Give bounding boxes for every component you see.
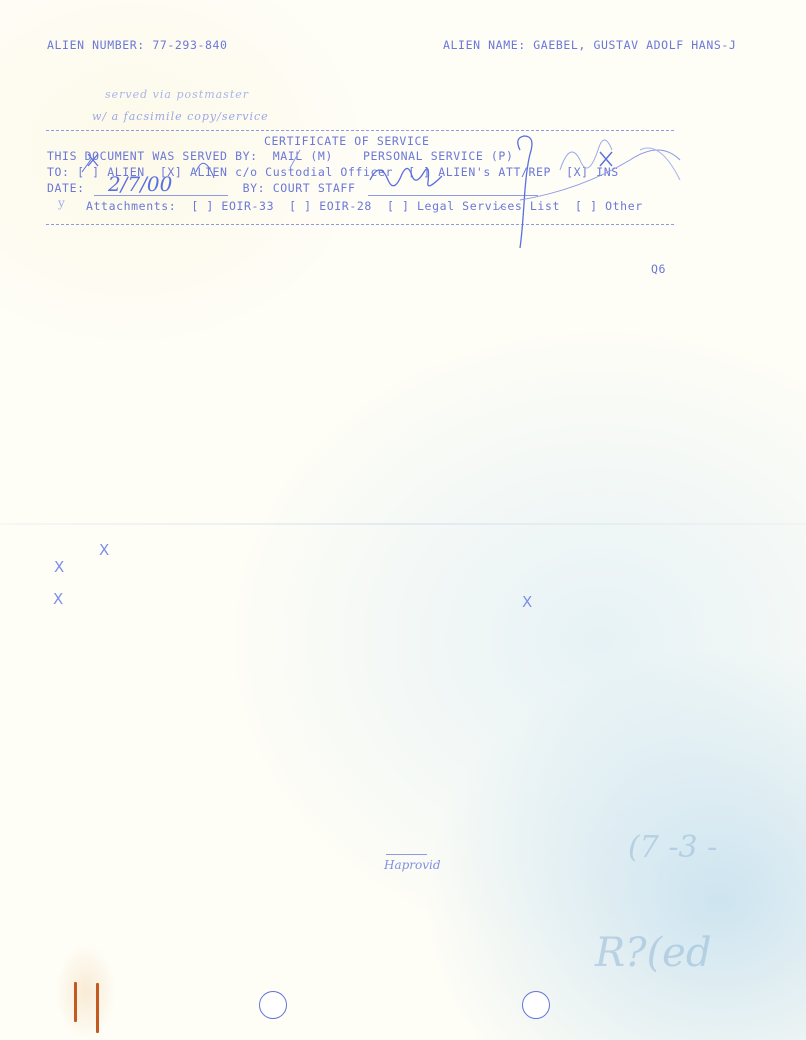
rust-staple-mark (96, 983, 99, 1033)
handwritten-y-mark: y (58, 196, 65, 210)
handwritten-x-mark: X (53, 590, 63, 608)
handwritten-note-line-1: served via postmaster (105, 88, 249, 101)
rust-stain (56, 944, 116, 1040)
alien-number: ALIEN NUMBER: 77-293-840 (47, 38, 228, 52)
signature-underline (368, 195, 538, 196)
certificate-title: CERTIFICATE OF SERVICE (264, 134, 430, 148)
certificate-top-rule (46, 130, 674, 131)
certificate-bottom-rule (46, 224, 674, 225)
handwritten-x-mark: X (522, 593, 532, 611)
handwritten-date: 2/7/00 (108, 172, 172, 196)
attachments-line: Attachments: [ ] EOIR-33 [ ] EOIR-28 [ ]… (86, 199, 643, 213)
paper-fold-crease (0, 523, 806, 525)
date-line: DATE: BY: COURT STAFF (47, 181, 355, 195)
faint-handwriting-1: (7 -3 - (628, 830, 717, 865)
rust-staple-mark (74, 982, 77, 1022)
punch-hole-icon (522, 991, 550, 1019)
alien-name: ALIEN NAME: GAEBEL, GUSTAV ADOLF HANS-J (443, 38, 736, 52)
handwritten-note-line-2: w/ a facsimile copy/service (92, 110, 269, 123)
served-by-line: THIS DOCUMENT WAS SERVED BY: MAIL (M) PE… (47, 149, 513, 163)
page-code: Q6 (651, 262, 666, 276)
handwritten-bottom-note: Haprovid (384, 858, 441, 872)
faint-handwriting-2: R?(ed (595, 930, 711, 976)
handwritten-x-mark: X (54, 558, 64, 576)
handwritten-x-mark: X (99, 541, 109, 559)
punch-hole-icon (259, 991, 287, 1019)
